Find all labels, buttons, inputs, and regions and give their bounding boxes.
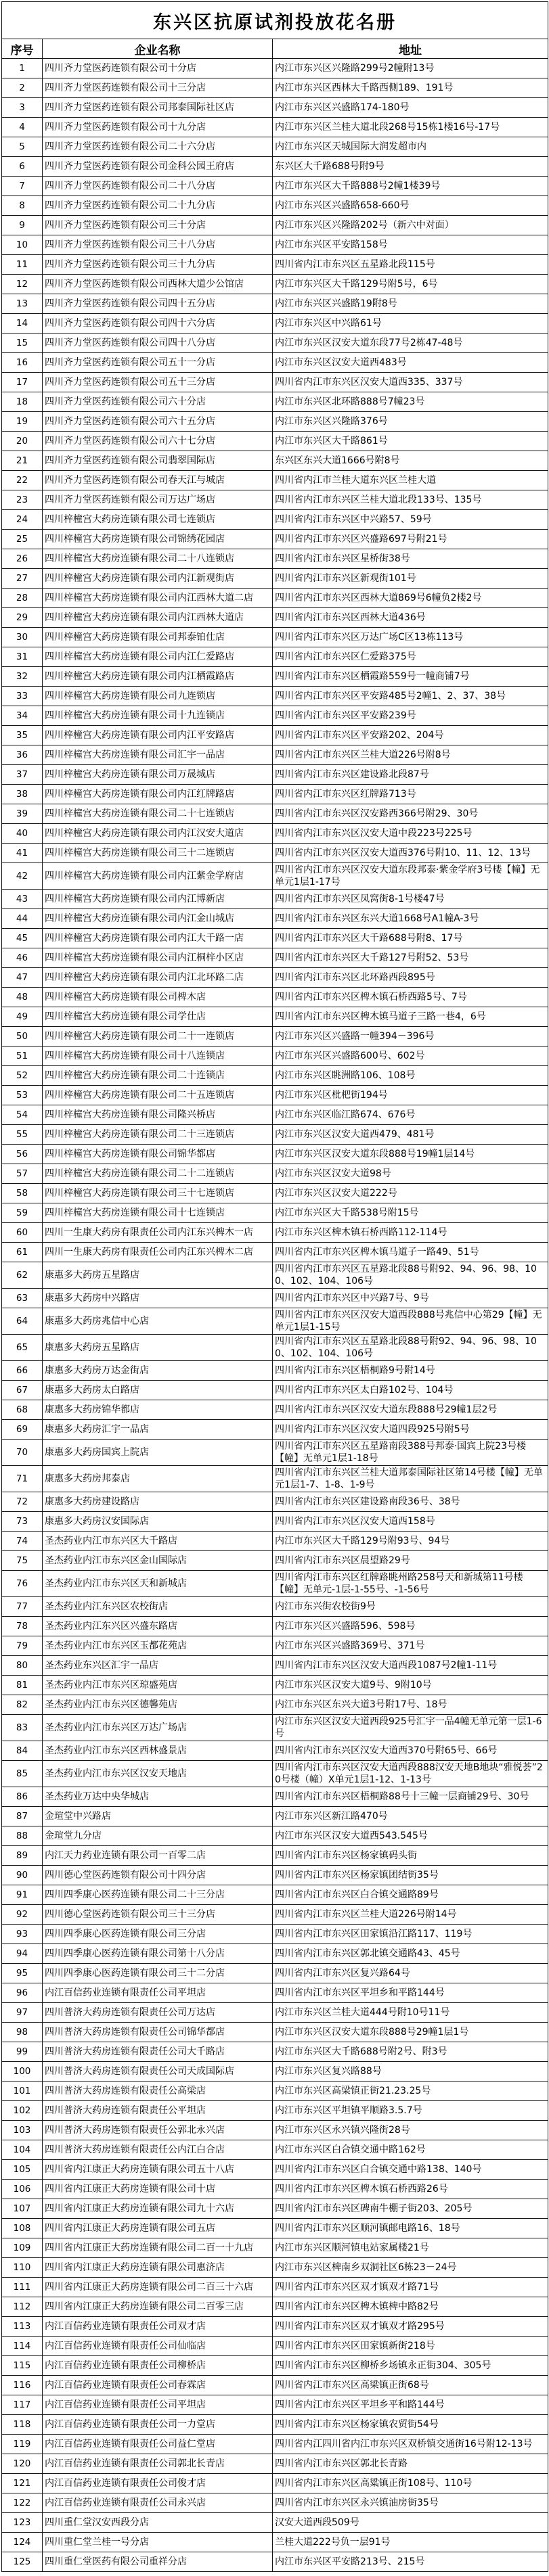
company-name-cell: 康惠多大药房万达金街店 (43, 1361, 273, 1381)
row-number-cell: 16 (2, 353, 43, 373)
table-row: 14四川齐力堂医药连锁有限公司四十六分店内江市东兴区中兴路61号 (2, 314, 548, 333)
table-row: 19四川齐力堂医药连锁有限公司六十五分店内江市东兴区兴隆路376号 (2, 412, 548, 432)
row-number-cell: 26 (2, 549, 43, 569)
company-name-cell: 四川齐力堂医药连锁有限公司十三分店 (43, 78, 273, 98)
table-row: 9四川齐力堂医药连锁有限公司三十分店内江市东兴区兴隆路202号（新六中对面） (2, 216, 548, 235)
address-cell: 内江市东兴区白合镇交通中路162号 (273, 2140, 548, 2160)
table-row: 82圣杰药业内江市东兴区德馨苑店内江市东兴区东兴大道3号附17号、18号 (2, 1695, 548, 1715)
company-name-cell: 内江百信药业连锁有限责任公司俊才店 (43, 2474, 273, 2493)
company-name-cell: 四川省内江康正大药房连锁有限公司十店 (43, 2180, 273, 2199)
table-row: 79圣杰药业内江市东兴区玉都花苑店内江市东兴区兴盛路369号、371号 (2, 1636, 548, 1656)
table-row: 45四川梓橦宫大药房连锁有限公司内江大千路一店四川省内江市东兴区大千路688号附… (2, 929, 548, 948)
address-cell: 四川省内江市东兴区平安路202、204号 (273, 726, 548, 745)
table-row: 120内江百信药业连锁有限责任公司郭北长青店四川省内江市东兴区郭北长青路 (2, 2454, 548, 2474)
table-row: 17四川齐力堂医药连锁有限公司五十三分店四川省内江市东兴区汉安大道西335、33… (2, 373, 548, 392)
address-cell: 四川省内江市东兴区中兴路7号、9号 (273, 1289, 548, 1308)
row-number-cell: 102 (2, 2101, 43, 2121)
company-name-cell: 四川德心堂医药连锁有限公司十四分店 (43, 1866, 273, 1885)
row-number-cell: 46 (2, 948, 43, 968)
row-number-cell: 98 (2, 2023, 43, 2042)
table-row: 93四川四季康心医药连锁有限公司三分店四川省内江市东兴区田家镇沿江路117、11… (2, 1925, 548, 1944)
company-name-cell: 内江天力药业连锁有限公司一百零二店 (43, 1846, 273, 1866)
address-cell: 四川省内江市东兴区椑木镇椑中路82号 (273, 2297, 548, 2317)
row-number-cell: 89 (2, 1846, 43, 1866)
address-cell: 内江市东兴区兰桂大道444号附10号11号 (273, 2003, 548, 2023)
address-cell: 四川省内江市东兴区新观街101号 (273, 569, 548, 589)
table-row: 62康惠多大药房五星路店四川省内江市东兴区五星路北段88号附92、94、96、9… (2, 1262, 548, 1289)
address-cell: 内江市东兴区平安路158号 (273, 235, 548, 255)
address-cell: 四川省内江市东兴区仁爱路375号 (273, 647, 548, 667)
company-name-cell: 康惠多大药房汉安国际店 (43, 1512, 273, 1532)
row-number-cell: 61 (2, 1243, 43, 1262)
table-row: 109四川省内江康正大药房连锁有限公司二百一十九店内江市东兴区顺河镇电站家属楼2… (2, 2238, 548, 2258)
table-row: 32四川梓橦宫大药房连锁有限公司内江栖霞路店四川省内江市东兴区栖霞路559号一幢… (2, 667, 548, 687)
table-row: 11四川齐力堂医药连锁有限公司三十九分店四川省内江市东兴区五星路北段115号 (2, 255, 548, 275)
table-row: 53四川梓橦宫大药房连锁有限公司二十五连锁店内江市东兴区枇杷街194号 (2, 1086, 548, 1105)
company-name-cell: 四川齐力堂医药连锁有限公司二十九分店 (43, 196, 273, 216)
address-cell: 内江市东兴区兴盛路596、598号 (273, 1617, 548, 1636)
table-row: 27四川梓橦宫大药房连锁有限公司内江新观街店四川省内江市东兴区新观街101号 (2, 569, 548, 589)
address-cell: 四川省内江市东兴区五星路北段88号附92、94、96、98、100、102、10… (273, 1262, 548, 1289)
table-row: 71康惠多大药房邦泰店四川省内江市东兴区兰桂大道邦泰国际社区第14号楼【幢】无单… (2, 1466, 548, 1492)
company-name-cell: 四川四季康心医药连锁有限公司三分店 (43, 1925, 273, 1944)
table-row: 29四川梓橦宫大药房连锁有限公司内江西林大道店四川省内江市东兴区西林大道436号 (2, 608, 548, 628)
table-row: 76圣杰药业内江市东兴区天和新城店四川省内江市东兴区红牌路眺州路258号天和新城… (2, 1571, 548, 1597)
row-number-cell: 62 (2, 1262, 43, 1289)
company-name-cell: 内江百信药业连锁有限责任公司益仁堂店 (43, 2435, 273, 2454)
company-name-cell: 四川四季康心医药连锁有限公司二十三分店 (43, 1885, 273, 1905)
row-number-cell: 27 (2, 569, 43, 589)
address-cell: 内江市东兴区兰桂大道北段268号15栋1楼16号-17号 (273, 118, 548, 137)
address-cell: 四川省内江市东兴区杨家镇农贸街54号 (273, 2415, 548, 2435)
table-row: 34四川梓橦宫大药房连锁有限公司十九连锁店四川省内江市东兴区平安路239号 (2, 706, 548, 726)
table-row: 58四川梓橦宫大药房连锁有限公司三十七连锁店内江市东兴区汉安大道222号 (2, 1184, 548, 1203)
address-cell: 内江市东兴区东兴大道3号附17号、18号 (273, 1695, 548, 1715)
row-number-cell: 113 (2, 2317, 43, 2337)
company-name-cell: 四川齐力堂医药连锁有限公司三十九分店 (43, 255, 273, 275)
row-number-cell: 110 (2, 2258, 43, 2278)
address-cell: 内江市东兴区汉安大道西段925号汇宇一品4幢无单元第一层1-6号 (273, 1715, 548, 1741)
company-name-cell: 四川普济大药房连锁有限责任公郭北永兴店 (43, 2121, 273, 2140)
address-cell: 汉安大道西段509号 (273, 2513, 548, 2533)
company-name-cell: 四川梓橦宫大药房连锁有限公司十八连锁店 (43, 1046, 273, 1066)
address-cell: 内江市东兴区汉安大道东段888号29幢1层1号 (273, 2023, 548, 2042)
row-number-cell: 50 (2, 1027, 43, 1046)
address-cell: 四川省内江市东兴区平坦乡平和路144号 (273, 2395, 548, 2415)
table-row: 72康惠多大药房建设路店四川省内江市东兴区建设路南段36号、38号 (2, 1492, 548, 1512)
company-name-cell: 四川梓橦宫大药房连锁有限公司学仕店 (43, 1007, 273, 1027)
address-cell: 四川省内江市东兴区郭北镇交通路43、45号 (273, 1944, 548, 1964)
table-row: 8四川齐力堂医药连锁有限公司二十九分店内江市东兴区兴盛路658-660号 (2, 196, 548, 216)
company-name-cell: 四川普济大药房连锁有限责任公司锦华都店 (43, 2023, 273, 2042)
table-row: 1四川齐力堂医药连锁有限公司十分店内江市东兴区兴隆路299号2幢附13号 (2, 59, 548, 78)
table-row: 20四川齐力堂医药连锁有限公司六十七分店内江市东兴区大千路861号 (2, 432, 548, 451)
company-name-cell: 四川一生康大药房有限责任公司内江东兴椑木一店 (43, 1223, 273, 1243)
table-row: 77圣杰药业内江东兴区农校街店内江市东兴街农校街9号 (2, 1597, 548, 1617)
address-cell: 四川省内江市东兴区复兴路64号 (273, 1964, 548, 1983)
company-name-cell: 四川齐力堂医药连锁有限公司春天江与城店 (43, 471, 273, 490)
row-number-cell: 66 (2, 1361, 43, 1381)
address-cell: 四川省内江市东兴区红牌路713号 (273, 785, 548, 804)
company-name-cell: 四川梓橦宫大药房连锁有限公司十九连锁店 (43, 706, 273, 726)
row-number-cell: 6 (2, 157, 43, 177)
address-cell: 四川省内江市东兴区汉安大道西段1087号2幢1-11号 (273, 1656, 548, 1676)
row-number-cell: 77 (2, 1597, 43, 1617)
table-row: 117内江百信药业连锁有限责任公司平坦店四川省内江市东兴区平坦乡平和路144号 (2, 2395, 548, 2415)
table-row: 121内江百信药业连锁有限责任公司俊才店四川省内江市东兴区高粱镇正街108号、1… (2, 2474, 548, 2493)
address-cell: 四川省内江市东兴区碑南牛棚子街203、205号 (273, 2199, 548, 2219)
table-row: 113内江百信药业连锁有限责任公司双才店四川省内江市东兴区双才镇双才路295号 (2, 2317, 548, 2337)
address-cell: 内江市东兴区大千路688号附2号、附3号 (273, 2042, 548, 2062)
address-cell: 四川省内江市东兴区汉安大道东段888号29幢1层2号 (273, 1400, 548, 1420)
address-cell: 东兴区大千路688号附9号 (273, 157, 548, 177)
row-number-cell: 18 (2, 392, 43, 412)
address-cell: 四川省内江市东兴区太白路102号、104号 (273, 1381, 548, 1400)
table-row: 59四川梓橦宫大药房连锁有限公司十七连锁店内江市东兴区大千路538号附15号 (2, 1203, 548, 1223)
company-name-cell: 内江百信药业连锁有限责任公司仙临店 (43, 2337, 273, 2356)
company-name-cell: 圣杰药业东兴区汇宇一品店 (43, 1656, 273, 1676)
company-name-cell: 四川梓橦宫大药房连锁有限公司三十二连锁店 (43, 844, 273, 863)
company-name-cell: 四川齐力堂医药连锁有限公司二十六分店 (43, 137, 273, 157)
address-cell: 四川省内江市东兴区五星路南段388号邦泰·国宾上院23号楼【幢】无单元1层1-1… (273, 1440, 548, 1466)
table-row: 115内江百信药业连锁有限责任公司柳桥店四川省内江市东兴区柳桥乡场镇永正街304… (2, 2356, 548, 2376)
row-number-cell: 33 (2, 687, 43, 706)
address-cell: 四川省内江市东兴区椑木镇马道子三路一巷4，6号 (273, 1007, 548, 1027)
address-cell: 内江市东兴区兴盛路369号、371号 (273, 1636, 548, 1656)
table-row: 26四川梓橦宫大药房连锁有限公司二十八连锁店四川省内江市东兴区星桥街38号 (2, 549, 548, 569)
table-row: 38四川梓橦宫大药房连锁有限公司内江红牌路店四川省内江市东兴区红牌路713号 (2, 785, 548, 804)
address-cell: 内江市东兴区兴盛路174-180号 (273, 98, 548, 118)
address-cell: 兰桂大道222号负一层91号 (273, 2533, 548, 2552)
address-cell: 四川省内江市东兴区星桥街38号 (273, 549, 548, 569)
row-number-cell: 72 (2, 1492, 43, 1512)
table-row: 13四川齐力堂医药连锁有限公司四十五分店内江市东兴区兴盛路19附8号 (2, 294, 548, 314)
row-number-cell: 91 (2, 1885, 43, 1905)
row-number-cell: 43 (2, 890, 43, 909)
address-cell: 四川省内江市东兴区汉安大道中段223号225号 (273, 824, 548, 844)
row-number-cell: 45 (2, 929, 43, 948)
company-name-cell: 圣杰药业内江市东兴区汉安天地店 (43, 1761, 273, 1787)
table-row: 96内江百信药业连锁有限责任公司平坦店四川省内江市东兴区平坦乡和平路144号 (2, 1983, 548, 2003)
table-row: 64康惠多大药房兆信中心店四川省内江市东兴区汉安大道西段888号兆信中心第29【… (2, 1308, 548, 1335)
table-row: 55四川梓橦宫大药房连锁有限公司二十三连锁店内江市东兴区汉安大道西479、481… (2, 1125, 548, 1145)
address-cell: 内江市东兴区临江路674、676号 (273, 1105, 548, 1125)
row-number-cell: 10 (2, 235, 43, 255)
table-row: 84圣杰药业内江市东兴区西林盛景店四川省内江市东兴区汉安大道西370号附65号、… (2, 1741, 548, 1761)
row-number-cell: 92 (2, 1905, 43, 1925)
table-row: 50四川梓橦宫大药房连锁有限公司二十一连锁店内江市东兴区兴盛路一幢394－396… (2, 1027, 548, 1046)
row-number-cell: 5 (2, 137, 43, 157)
row-number-cell: 67 (2, 1381, 43, 1400)
company-name-cell: 四川梓橦宫大药房连锁有限公司二十一连锁店 (43, 1027, 273, 1046)
address-cell: 四川省内江市东兴区中兴路57、59号 (273, 510, 548, 530)
row-number-cell: 74 (2, 1532, 43, 1551)
address-cell: 四川省内江市东兴区梧桐路9号附14号 (273, 1361, 548, 1381)
row-number-cell: 88 (2, 1826, 43, 1846)
company-name-cell: 内江百信药业连锁有限责任公司一力堂店 (43, 2415, 273, 2435)
row-number-cell: 109 (2, 2238, 43, 2258)
row-number-cell: 71 (2, 1466, 43, 1492)
row-number-cell: 58 (2, 1184, 43, 1203)
address-cell: 内江市东兴区椑木镇石桥西路112-114号 (273, 1223, 548, 1243)
table-row: 110四川省内江康正大药房连锁有限公司惠济店内江市东兴区椑南乡双洞社区6栋23－… (2, 2258, 548, 2278)
address-cell: 四川省内江市东兴区汉安大道西376号附10、11、12、13号 (273, 844, 548, 863)
address-cell: 四川省内江市东兴区杨家镇码头街 (273, 1846, 548, 1866)
row-number-cell: 82 (2, 1695, 43, 1715)
table-row: 60四川一生康大药房有限责任公司内江东兴椑木一店内江市东兴区椑木镇石桥西路112… (2, 1223, 548, 1243)
company-name-cell: 圣杰药业内江市东兴区西林盛景店 (43, 1741, 273, 1761)
row-number-cell: 28 (2, 589, 43, 608)
company-name-cell: 康惠多大药房五星路店 (43, 1262, 273, 1289)
row-number-cell: 32 (2, 667, 43, 687)
company-name-cell: 圣杰药业内江市东兴区万达广场店 (43, 1715, 273, 1741)
table-row: 95四川四季康心医药连锁有限公司三十二分店四川省内江市东兴区复兴路64号 (2, 1964, 548, 1983)
address-cell: 内江市东兴区平坦镇平顺路3.5.7号 (273, 2101, 548, 2121)
company-name-cell: 四川普济大药房连锁有限责任公司天成国际店 (43, 2062, 273, 2081)
address-cell: 内江市东兴区兴盛路一幢394－396号 (273, 1027, 548, 1046)
address-cell: 内江市东兴区汉安大道东段888号19幢1层14号 (273, 1145, 548, 1164)
row-number-cell: 44 (2, 909, 43, 929)
row-number-cell: 123 (2, 2513, 43, 2533)
row-number-cell: 87 (2, 1807, 43, 1826)
company-name-cell: 康惠多大药房锦华都店 (43, 1400, 273, 1420)
address-cell: 四川省内江市东兴区平安路485号2幢1、2、37、38号 (273, 687, 548, 706)
table-row: 124四川重仁堂兰桂一号分店兰桂大道222号负一层91号 (2, 2533, 548, 2552)
table-row: 57四川梓橦宫大药房连锁有限公司二十二连锁店内江市东兴区汉安大道98号 (2, 1164, 548, 1184)
address-cell: 四川省内江市东兴区晨望路29号 (273, 1551, 548, 1571)
address-cell: 内江市东兴区永兴镇兴隆街28号 (273, 2121, 548, 2140)
address-cell: 四川省内江市东兴区高粱镇正街108号、110号 (273, 2474, 548, 2493)
row-number-cell: 34 (2, 706, 43, 726)
row-number-cell: 119 (2, 2435, 43, 2454)
address-cell: 四川省内江市东兴区平坦乡和平路144号 (273, 1983, 548, 2003)
row-number-cell: 3 (2, 98, 43, 118)
address-cell: 内江市东兴区枇杷街194号 (273, 1086, 548, 1105)
company-name-cell: 四川梓橦宫大药房连锁有限公司内江北环路二店 (43, 968, 273, 988)
table-row: 90四川德心堂医药连锁有限公司十四分店四川省内江市东兴区杨家镇团结街35号 (2, 1866, 548, 1885)
row-number-cell: 76 (2, 1571, 43, 1597)
table-row: 18四川齐力堂医药连锁有限公司六十分店内江市东兴区北环路888号7幢23号 (2, 392, 548, 412)
table-row: 44四川梓橦宫大药房连锁有限公司内江金山城店四川省内江市东兴区东兴大道1668号… (2, 909, 548, 929)
table-row: 39四川梓橦宫大药房连锁有限公司二十七连锁店四川省内江市东兴区汉安路西366号附… (2, 804, 548, 824)
row-number-cell: 47 (2, 968, 43, 988)
address-cell: 内江市东兴区眺洲路106、108号 (273, 1066, 548, 1086)
company-name-cell: 四川梓橦宫大药房连锁有限公司锦绣花园店 (43, 530, 273, 549)
table-row: 73康惠多大药房汉安国际店四川省内江市东兴区汉安大道西158号 (2, 1512, 548, 1532)
table-row: 107四川省内江康正大药房连锁有限公司九十六店四川省内江市东兴区碑南牛棚子街20… (2, 2199, 548, 2219)
row-number-cell: 85 (2, 1761, 43, 1787)
company-name-cell: 四川齐力堂医药连锁有限公司翡翠国际店 (43, 451, 273, 471)
address-cell: 内江市东兴区平安路213号、215号 (273, 2552, 548, 2572)
company-name-cell: 四川省内江康正大药房连锁有限公司五店 (43, 2219, 273, 2238)
address-cell: 内江市东兴区兴盛路600号、602号 (273, 1046, 548, 1066)
company-name-cell: 四川梓橦宫大药房连锁有限公司二十七连锁店 (43, 804, 273, 824)
table-row: 106四川省内江康正大药房连锁有限公司十店四川省内江市东兴区椑木镇石桥西路26号 (2, 2180, 548, 2199)
table-row: 10四川齐力堂医药连锁有限公司三十八分店内江市东兴区平安路158号 (2, 235, 548, 255)
company-name-cell: 四川齐力堂医药连锁有限公司金科公园王府店 (43, 157, 273, 177)
row-number-cell: 37 (2, 765, 43, 785)
table-row: 2四川齐力堂医药连锁有限公司十三分店内江市东兴区西林大千路西侧189、191号 (2, 78, 548, 98)
table-row: 37四川梓橦宫大药房连锁有限公司万晟城店四川省内江市东兴区建设路北段87号 (2, 765, 548, 785)
row-number-cell: 30 (2, 628, 43, 647)
row-number-cell: 78 (2, 1617, 43, 1636)
table-row: 7四川齐力堂医药连锁有限公司二十八分店内江市东兴区大千路888号2幢1楼39号 (2, 177, 548, 196)
row-number-cell: 24 (2, 510, 43, 530)
address-cell: 内江市东兴区北环路888号7幢23号 (273, 392, 548, 412)
table-row: 35四川梓橦宫大药房连锁有限公司内江平安路店四川省内江市东兴区平安路202、20… (2, 726, 548, 745)
company-name-cell: 康惠多大药房中兴路店 (43, 1289, 273, 1308)
row-number-cell: 105 (2, 2160, 43, 2180)
company-name-cell: 四川齐力堂医药连锁有限公司三十八分店 (43, 235, 273, 255)
company-name-cell: 四川齐力堂医药连锁有限公司二十八分店 (43, 177, 273, 196)
company-name-cell: 四川德心堂医药连锁有限公司三十三分店 (43, 1905, 273, 1925)
address-cell: 内江市东兴区西林大千路西侧189、191号 (273, 78, 548, 98)
table-row: 22四川齐力堂医药连锁有限公司春天江与城店四川省内江市兰桂大道东兴区兰桂大道 (2, 471, 548, 490)
address-cell: 四川省内江市东兴区高梁镇正街68号 (273, 2376, 548, 2395)
address-cell: 四川省内江市东兴区汉安大道西335、337号 (273, 373, 548, 392)
row-number-cell: 23 (2, 490, 43, 510)
table-row: 63康惠多大药房中兴路店四川省内江市东兴区中兴路7号、9号 (2, 1289, 548, 1308)
row-number-cell: 53 (2, 1086, 43, 1105)
address-cell: 四川省内江市东兴区椑木镇马道子一路49、51号 (273, 1243, 548, 1262)
row-number-cell: 9 (2, 216, 43, 235)
address-cell: 内江市东兴街农校街9号 (273, 1597, 548, 1617)
table-row: 83圣杰药业内江市东兴区万达广场店内江市东兴区汉安大道西段925号汇宇一品4幢无… (2, 1715, 548, 1741)
table-row: 41四川梓橦宫大药房连锁有限公司三十二连锁店四川省内江市东兴区汉安大道西376号… (2, 844, 548, 863)
company-name-cell: 四川梓橦宫大药房连锁有限公司九连锁店 (43, 687, 273, 706)
address-cell: 四川省内江市东兴区五星路北段88号附92、94、96、98、100、102、10… (273, 1335, 548, 1361)
address-cell: 四川省内江市东兴区双才镇双才路295号 (273, 2317, 548, 2337)
address-cell: 四川省内江市东兴区汉安大道西370号附65号、66号 (273, 1741, 548, 1761)
table-row: 43四川梓橦宫大药房连锁有限公司内江博新店四川省内江市东兴区凤窝街8-1号楼47… (2, 890, 548, 909)
company-name-cell: 四川省内江康正大药房连锁有限公司二百零三店 (43, 2297, 273, 2317)
row-number-cell: 111 (2, 2278, 43, 2297)
table-row: 42四川梓橦宫大药房连锁有限公司内江紫金学府店四川省内江市东兴区汉安大道东段邦泰… (2, 863, 548, 890)
table-row: 98四川普济大药房连锁有限责任公司锦华都店内江市东兴区汉安大道东段888号29幢… (2, 2023, 548, 2042)
address-cell: 内江市东兴区汉安大道222号 (273, 1184, 548, 1203)
table-row: 112四川省内江康正大药房连锁有限公司二百零三店四川省内江市东兴区椑木镇椑中路8… (2, 2297, 548, 2317)
address-cell: 四川省内江市东兴区建设路南段36号、38号 (273, 1492, 548, 1512)
company-name-cell: 四川普济大药房连锁有限责任公平坦店 (43, 2101, 273, 2121)
row-number-cell: 49 (2, 1007, 43, 1027)
company-name-cell: 四川重仁堂兰桂一号分店 (43, 2533, 273, 2552)
row-number-cell: 48 (2, 988, 43, 1007)
address-cell: 四川省内江市东兴区白合镇交通路89号 (273, 1885, 548, 1905)
row-number-cell: 60 (2, 1223, 43, 1243)
address-cell: 东兴区东兴大道1666号附8号 (273, 451, 548, 471)
table-row: 24四川梓橦宫大药房连锁有限公司七连锁店四川省内江市东兴区中兴路57、59号 (2, 510, 548, 530)
row-number-cell: 69 (2, 1420, 43, 1440)
address-cell: 内江市东兴区大千路129号附5号，6号 (273, 275, 548, 294)
address-cell: 四川省内江市东兴区郭北长青路 (273, 2454, 548, 2474)
address-cell: 内江市东兴区汉安大道西543.545号 (273, 1826, 548, 1846)
address-cell: 内江市东兴区大千路538号附15号 (273, 1203, 548, 1223)
table-row: 94四川四季康心医药连锁有限公司第十八分店四川省内江市东兴区郭北镇交通路43、4… (2, 1944, 548, 1964)
table-row: 36四川梓橦宫大药房连锁有限公司汇宇一品店四川省内江市东兴区兰桂大道226号附8… (2, 745, 548, 765)
address-cell: 四川省内江四川省内江市东兴区双桥镇交通街16号附12-13号 (273, 2435, 548, 2454)
company-name-cell: 四川梓橦宫大药房连锁有限公司二十连锁店 (43, 1066, 273, 1086)
row-number-cell: 112 (2, 2297, 43, 2317)
row-number-cell: 2 (2, 78, 43, 98)
address-cell: 内江市东兴区新江路470号 (273, 1807, 548, 1826)
table-row: 111四川省内江康正大药房连锁有限公司二百三十六店四川省内江市东兴区双才镇双才路… (2, 2278, 548, 2297)
row-number-cell: 42 (2, 863, 43, 890)
company-name-cell: 内江百信药业连锁有限责任公司双才店 (43, 2317, 273, 2337)
row-number-cell: 22 (2, 471, 43, 490)
row-number-cell: 100 (2, 2062, 43, 2081)
company-name-cell: 圣杰药业内江市东兴区德馨苑店 (43, 1695, 273, 1715)
company-name-cell: 四川齐力堂医药连锁有限公司六十七分店 (43, 432, 273, 451)
address-cell: 四川省内江市东兴区汉安大道西段888号兆信中心第29【幢】无单元1层1-15号 (273, 1308, 548, 1335)
address-cell: 四川省内江市东兴区大千路688号附8、17号 (273, 929, 548, 948)
company-name-cell: 四川梓橦宫大药房连锁有限公司内江西林大道二店 (43, 589, 273, 608)
company-name-cell: 康惠多大药房兆信中心店 (43, 1308, 273, 1335)
table-row: 61四川一生康大药房有限责任公司内江东兴椑木二店四川省内江市东兴区椑木镇马道子一… (2, 1243, 548, 1262)
address-cell: 四川省内江市东兴区田家镇新街218号 (273, 2337, 548, 2356)
table-row: 48四川梓橦宫大药房连锁有限公司椑木店四川省内江市东兴区椑木镇石桥西路5号、7号 (2, 988, 548, 1007)
table-row: 88金瑄堂九分店内江市东兴区汉安大道西543.545号 (2, 1826, 548, 1846)
row-number-cell: 99 (2, 2042, 43, 2062)
row-number-cell: 121 (2, 2474, 43, 2493)
address-cell: 四川省内江市东兴区顺河镇邮电路16、18号 (273, 2219, 548, 2238)
address-cell: 四川省内江市东兴区大千路127号附52、53号 (273, 948, 548, 968)
row-number-cell: 38 (2, 785, 43, 804)
address-cell: 四川省内江市东兴区兴盛路697号附21号 (273, 530, 548, 549)
company-name-cell: 四川梓橦宫大药房连锁有限公司汇宇一品店 (43, 745, 273, 765)
company-name-cell: 四川省内江康正大药房连锁有限公司惠济店 (43, 2258, 273, 2278)
table-row: 21四川齐力堂医药连锁有限公司翡翠国际店东兴区东兴大道1666号附8号 (2, 451, 548, 471)
row-number-cell: 52 (2, 1066, 43, 1086)
table-row: 30四川梓橦宫大药房连锁有限公司邦泰铂仕店四川省内江市东兴区万达广场C区13栋1… (2, 628, 548, 647)
company-name-cell: 四川梓橦宫大药房连锁有限公司邦泰铂仕店 (43, 628, 273, 647)
table-row: 114内江百信药业连锁有限责任公司仙临店四川省内江市东兴区田家镇新街218号 (2, 2337, 548, 2356)
company-name-cell: 四川梓橦宫大药房连锁有限公司内江博新店 (43, 890, 273, 909)
row-number-cell: 39 (2, 804, 43, 824)
company-name-cell: 四川省内江康正大药房连锁有限公司二百三十六店 (43, 2278, 273, 2297)
company-name-cell: 圣杰药业内江东兴区兴盛东路店 (43, 1617, 273, 1636)
address-cell: 四川省内江市东兴区凤窝街8-1号楼47号 (273, 890, 548, 909)
row-number-cell: 59 (2, 1203, 43, 1223)
table-row: 125四川重仁堂医药有限公司重祥分店内江市东兴区平安路213号、215号 (2, 2552, 548, 2572)
address-cell: 内江市东兴区兴盛路19附8号 (273, 294, 548, 314)
table-row: 85圣杰药业内江市东兴区汉安天地店四川省内江市东兴区汉安大道西段888汉安天地B… (2, 1761, 548, 1787)
table-row: 5四川齐力堂医药连锁有限公司二十六分店内江市东兴区天城国际大润发超市内 (2, 137, 548, 157)
address-cell: 四川省内江市东兴区田家镇沿江路117、119号 (273, 1925, 548, 1944)
table-row: 67康惠多大药房太白路店四川省内江市东兴区太白路102号、104号 (2, 1381, 548, 1400)
company-name-cell: 内江百信药业连锁有限责任公司春霖店 (43, 2376, 273, 2395)
row-number-cell: 8 (2, 196, 43, 216)
company-name-cell: 四川重仁堂医药有限公司重祥分店 (43, 2552, 273, 2572)
table-row: 56四川梓橦宫大药房连锁有限公司锦华都店内江市东兴区汉安大道东段888号19幢1… (2, 1145, 548, 1164)
company-name-cell: 四川梓橦宫大药房连锁有限公司椑木店 (43, 988, 273, 1007)
table-row: 74圣杰药业内江市东兴区大千路店内江市东兴区大千路129号附93号、94号 (2, 1532, 548, 1551)
address-cell: 四川省内江市东兴区椑木镇石桥西路26号 (273, 2180, 548, 2199)
table-row: 28四川梓橦宫大药房连锁有限公司内江西林大道二店四川省内江市东兴区西林大道869… (2, 589, 548, 608)
address-cell: 内江市东兴区兴盛路658-660号 (273, 196, 548, 216)
row-number-cell: 118 (2, 2415, 43, 2435)
table-row: 49四川梓橦宫大药房连锁有限公司学仕店四川省内江市东兴区椑木镇马道子三路一巷4，… (2, 1007, 548, 1027)
row-number-cell: 12 (2, 275, 43, 294)
row-number-cell: 54 (2, 1105, 43, 1125)
company-name-cell: 四川四季康心医药连锁有限公司三十二分店 (43, 1964, 273, 1983)
address-cell: 内江市东兴区中兴路61号 (273, 314, 548, 333)
company-name-cell: 四川四季康心医药连锁有限公司第十八分店 (43, 1944, 273, 1964)
table-row: 122内江百信药业连锁有限责任公司永兴店四川省内江市东兴区永兴镇油房街35号 (2, 2493, 548, 2513)
address-cell: 内江市东兴区高梁镇正街21.23.25号 (273, 2081, 548, 2101)
row-number-cell: 65 (2, 1335, 43, 1361)
company-name-cell: 四川齐力堂医药连锁有限公司四十六分店 (43, 314, 273, 333)
address-cell: 四川省内江市东兴区汉安大道西段888汉安天地B地块“雅悦荟”20号楼（幢）X单元… (273, 1761, 548, 1787)
